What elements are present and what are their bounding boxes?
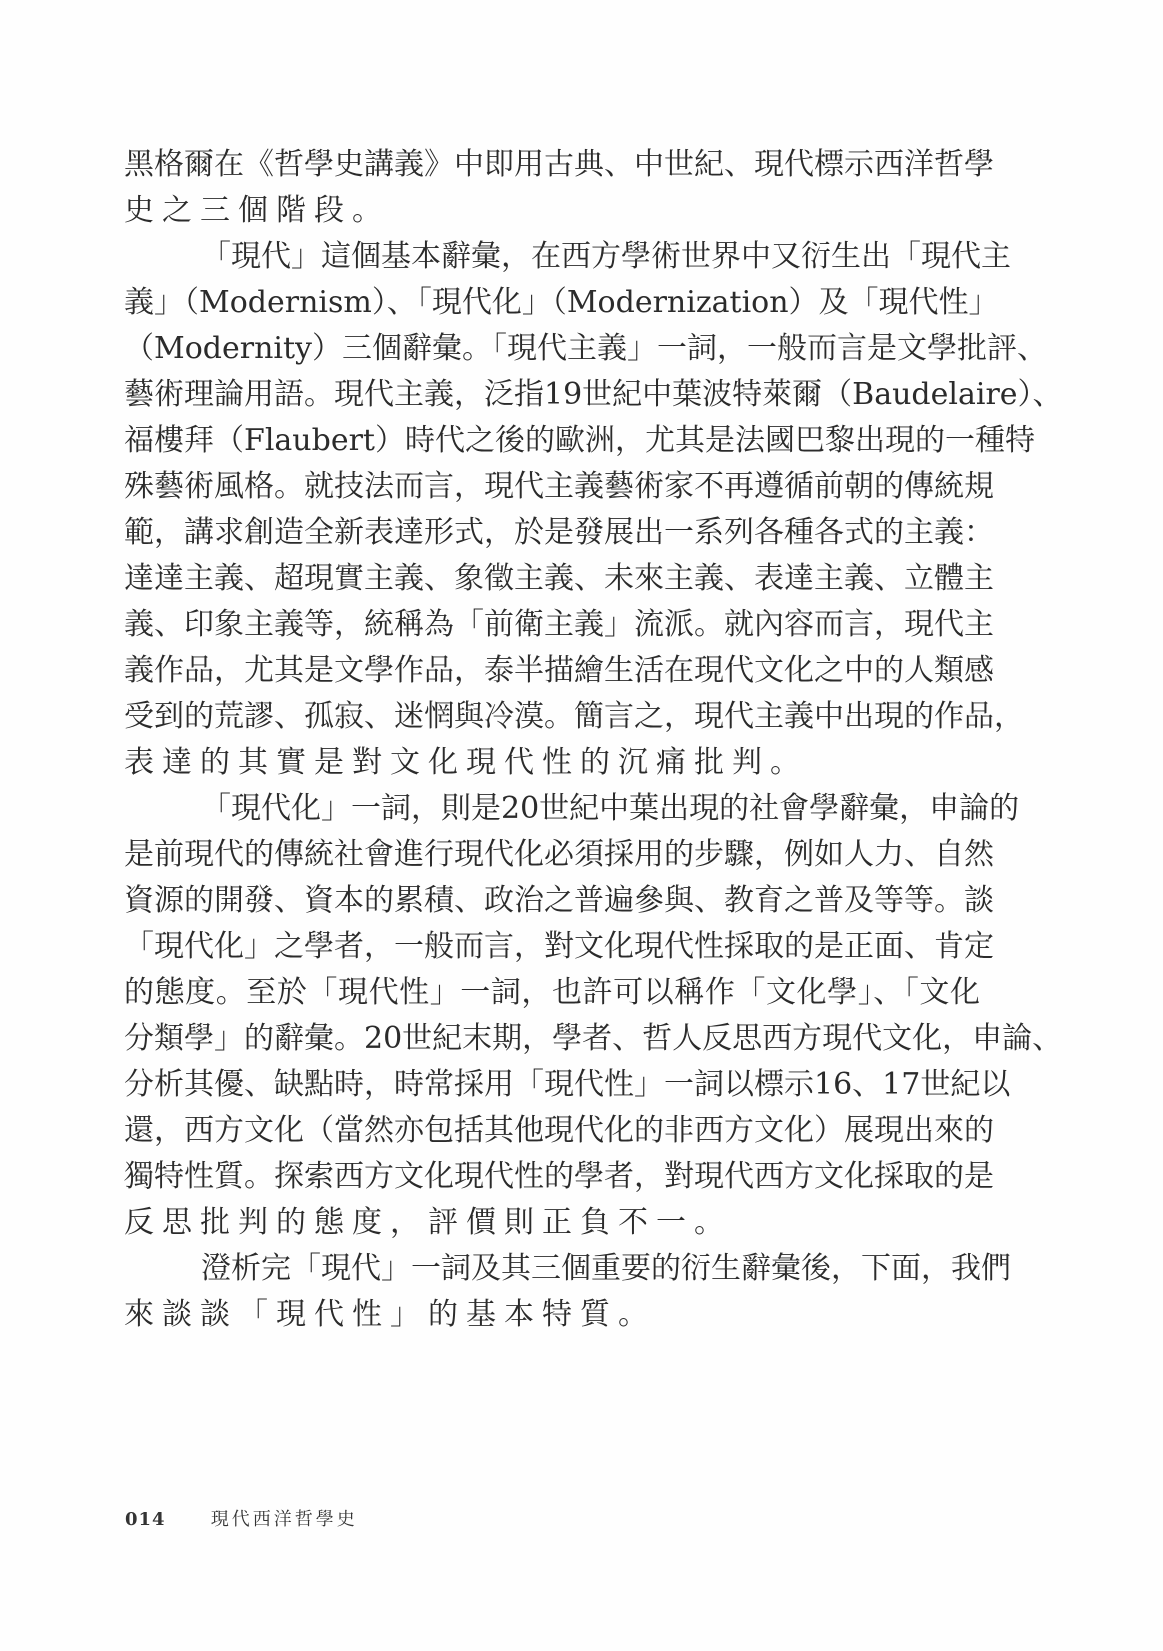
text-line: 福樓拜（Flaubert）時代之後的歐洲，尤其是法國巴黎出現的一種特 <box>124 418 980 464</box>
text-line: 分類學」的辭彙。20世紀末期，學者、哲人反思西方現代文化，申論、 <box>124 1016 980 1062</box>
text-line: 黑格爾在《哲學史講義》中即用古典、中世紀、現代標示西洋哲學 <box>124 142 980 188</box>
text-line: 獨特性質。探索西方文化現代性的學者，對現代西方文化採取的是 <box>124 1154 980 1200</box>
text-line: 藝術理論用語。現代主義，泛指19世紀中葉波特萊爾（Baudelaire）、 <box>124 372 980 418</box>
text-line: 資源的開發、資本的累積、政治之普遍參與、教育之普及等等。談 <box>124 878 980 924</box>
text-line: 的態度。至於「現代性」一詞，也許可以稱作「文化學」、「文化 <box>124 970 980 1016</box>
text-line: 「現代化」之學者，一般而言，對文化現代性採取的是正面、肯定 <box>124 924 980 970</box>
text-line: 義」（Modernism）、「現代化」（Modernization）及「現代性」 <box>124 280 980 326</box>
text-line: 史之三個階段。 <box>124 188 980 234</box>
text-line: 表達的其實是對文化現代性的沉痛批判。 <box>124 740 980 786</box>
text-line: 殊藝術風格。就技法而言，現代主義藝術家不再遵循前朝的傳統規 <box>124 464 980 510</box>
text-line: （Modernity）三個辭彙。「現代主義」一詞，一般而言是文學批評、 <box>124 326 980 372</box>
text-line: 反思批判的態度，評價則正負不一。 <box>124 1200 980 1246</box>
body-text: 黑格爾在《哲學史講義》中即用古典、中世紀、現代標示西洋哲學史之三個階段。「現代」… <box>124 142 980 1338</box>
text-line: 來談談「現代性」的基本特質。 <box>124 1292 980 1338</box>
text-line: 受到的荒謬、孤寂、迷惘與冷漠。簡言之，現代主義中出現的作品， <box>124 694 980 740</box>
paragraph: 澄析完「現代」一詞及其三個重要的衍生辭彙後，下面，我們來談談「現代性」的基本特質… <box>124 1246 980 1338</box>
book-page: 黑格爾在《哲學史講義》中即用古典、中世紀、現代標示西洋哲學史之三個階段。「現代」… <box>0 0 1163 1651</box>
text-line: 分析其優、缺點時，時常採用「現代性」一詞以標示16、17世紀以 <box>124 1062 980 1108</box>
paragraph: 「現代」這個基本辭彙，在西方學術世界中又衍生出「現代主義」（Modernism）… <box>124 234 980 786</box>
text-line: 澄析完「現代」一詞及其三個重要的衍生辭彙後，下面，我們 <box>124 1246 980 1292</box>
text-line: 達達主義、超現實主義、象徵主義、未來主義、表達主義、立體主 <box>124 556 980 602</box>
text-line: 範，講求創造全新表達形式，於是發展出一系列各種各式的主義： <box>124 510 980 556</box>
paragraph: 黑格爾在《哲學史講義》中即用古典、中世紀、現代標示西洋哲學史之三個階段。 <box>124 142 980 234</box>
page-number: 014 <box>125 1505 205 1535</box>
text-line: 「現代」這個基本辭彙，在西方學術世界中又衍生出「現代主 <box>124 234 980 280</box>
text-line: 義作品，尤其是文學作品，泰半描繪生活在現代文化之中的人類感 <box>124 648 980 694</box>
paragraph: 「現代化」一詞，則是20世紀中葉出現的社會學辭彙，申論的是前現代的傳統社會進行現… <box>124 786 980 1246</box>
text-line: 「現代化」一詞，則是20世紀中葉出現的社會學辭彙，申論的 <box>124 786 980 832</box>
text-line: 義、印象主義等，統稱為「前衛主義」流派。就內容而言，現代主 <box>124 602 980 648</box>
text-line: 還，西方文化（當然亦包括其他現代化的非西方文化）展現出來的 <box>124 1108 980 1154</box>
text-line: 是前現代的傳統社會進行現代化必須採用的步驟，例如人力、自然 <box>124 832 980 878</box>
page-footer: 014 現代西洋哲學史 <box>125 1505 358 1535</box>
running-title: 現代西洋哲學史 <box>211 1505 358 1535</box>
